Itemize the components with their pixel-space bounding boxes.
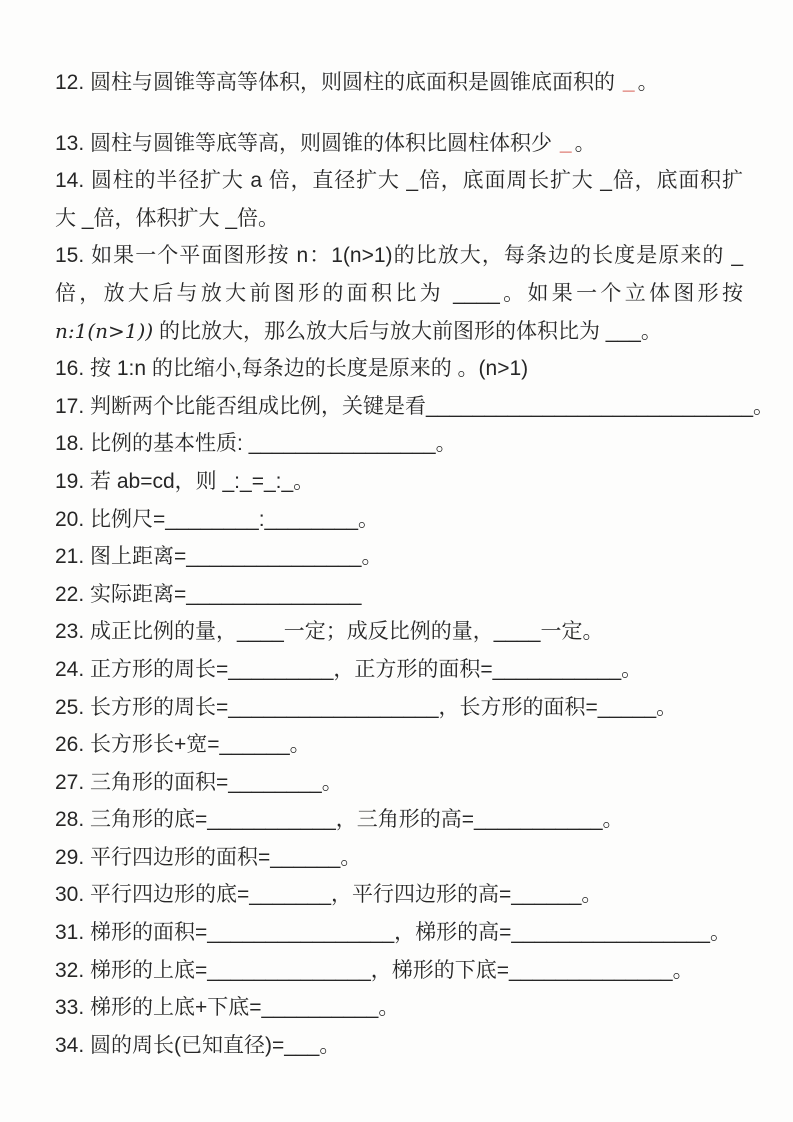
question-15-line-2: 倍，放大后与放大前图形的面积比为 ____。如果一个立体图形按: [55, 275, 743, 313]
question-32-text: 32. 梯形的上底=______________，梯形的下底=_________…: [55, 959, 694, 982]
question-18-text: 18. 比例的基本性质: ________________。: [55, 432, 457, 455]
question-19: 19. 若 ab=cd，则 _:_=_:_。: [55, 463, 743, 501]
question-18: 18. 比例的基本性质: ________________。: [55, 425, 743, 463]
question-14-line-2: 大 _倍，体积扩大 _倍。: [55, 200, 743, 238]
question-22: 22. 实际距离=_______________: [55, 576, 743, 614]
question-15-line-3: n:1(n>1)) 的比放大，那么放大后与放大前图形的体积比为 ___。: [55, 313, 743, 351]
question-34-text: 34. 圆的周长(已知直径)=___。: [55, 1034, 340, 1057]
question-19-text: 19. 若 ab=cd，则 _:_=_:_。: [55, 470, 314, 493]
question-26-text: 26. 长方形长+宽=______。: [55, 733, 311, 756]
question-15-text-2: 倍，放大后与放大前图形的面积比为 ____。如果一个立体图形按: [55, 282, 743, 305]
question-29: 29. 平行四边形的面积=______。: [55, 839, 743, 877]
question-32: 32. 梯形的上底=______________，梯形的下底=_________…: [55, 952, 743, 990]
question-31: 31. 梯形的面积=________________，梯形的高=________…: [55, 914, 743, 952]
question-28-text: 28. 三角形的底=___________，三角形的高=___________。: [55, 808, 624, 831]
question-23: 23. 成正比例的量，____一定；成反比例的量，____一定。: [55, 613, 743, 651]
question-23-text: 23. 成正比例的量，____一定；成反比例的量，____一定。: [55, 620, 603, 643]
question-12-text: 12. 圆柱与圆锥等高等体积，则圆柱的底面积是圆锥底面积的: [55, 71, 621, 94]
question-30-text: 30. 平行四边形的底=_______，平行四边形的高=______。: [55, 883, 602, 906]
question-27: 27. 三角形的面积=________。: [55, 764, 743, 802]
question-27-text: 27. 三角形的面积=________。: [55, 771, 343, 794]
question-29-text: 29. 平行四边形的面积=______。: [55, 846, 361, 869]
question-13-answer-blank: _: [558, 132, 575, 155]
question-25: 25. 长方形的周长=__________________，长方形的面积=___…: [55, 689, 743, 727]
worksheet-page: 12. 圆柱与圆锥等高等体积，则圆柱的底面积是圆锥底面积的 _。 13. 圆柱与…: [0, 0, 793, 1122]
question-34: 34. 圆的周长(已知直径)=___。: [55, 1027, 743, 1065]
question-20: 20. 比例尺=________:________。: [55, 501, 743, 539]
question-22-text: 22. 实际距离=_______________: [55, 583, 361, 606]
question-13-period: 。: [575, 132, 596, 155]
question-17-text: 17. 判断两个比能否组成比例，关键是看____________________…: [55, 395, 774, 418]
question-24: 24. 正方形的周长=_________，正方形的面积=___________。: [55, 651, 743, 689]
question-33: 33. 梯形的上底+下底=__________。: [55, 989, 743, 1027]
question-12: 12. 圆柱与圆锥等高等体积，则圆柱的底面积是圆锥底面积的 _。: [55, 64, 743, 102]
question-17: 17. 判断两个比能否组成比例，关键是看____________________…: [55, 388, 743, 426]
question-15-math-notation: n:1(n>1)): [55, 319, 153, 343]
question-25-text: 25. 长方形的周长=__________________，长方形的面积=___…: [55, 696, 677, 719]
question-21: 21. 图上距离=_______________。: [55, 538, 743, 576]
question-21-text: 21. 图上距离=_______________。: [55, 545, 382, 568]
question-14-text-1: 14. 圆柱的半径扩大 a 倍，直径扩大 _倍，底面周长扩大 _倍，底面积扩: [55, 169, 743, 192]
question-16-text: 16. 按 1:n 的比缩小,每条边的长度是原来的 。(n>1): [55, 357, 528, 380]
question-24-text: 24. 正方形的周长=_________，正方形的面积=___________。: [55, 658, 642, 681]
question-14-text-2: 大 _倍，体积扩大 _倍。: [55, 207, 279, 230]
question-16: 16. 按 1:n 的比缩小,每条边的长度是原来的 。(n>1): [55, 350, 743, 388]
question-26: 26. 长方形长+宽=______。: [55, 726, 743, 764]
question-28: 28. 三角形的底=___________，三角形的高=___________。: [55, 801, 743, 839]
question-33-text: 33. 梯形的上底+下底=__________。: [55, 996, 399, 1019]
question-13-text: 13. 圆柱与圆锥等底等高，则圆锥的体积比圆柱体积少: [55, 132, 558, 155]
question-12-answer-blank: _: [621, 71, 638, 94]
question-15-text-1: 15. 如果一个平面图形按 n：1(n>1)的比放大，每条边的长度是原来的 _: [55, 244, 743, 267]
question-15-line-1: 15. 如果一个平面图形按 n：1(n>1)的比放大，每条边的长度是原来的 _: [55, 237, 743, 275]
question-15-text-3: 的比放大，那么放大后与放大前图形的体积比为 ___。: [153, 320, 662, 343]
question-30: 30. 平行四边形的底=_______，平行四边形的高=______。: [55, 876, 743, 914]
question-14-line-1: 14. 圆柱的半径扩大 a 倍，直径扩大 _倍，底面周长扩大 _倍，底面积扩: [55, 162, 743, 200]
question-31-text: 31. 梯形的面积=________________，梯形的高=________…: [55, 921, 731, 944]
question-20-text: 20. 比例尺=________:________。: [55, 508, 379, 531]
question-13: 13. 圆柱与圆锥等底等高，则圆锥的体积比圆柱体积少 _。: [55, 125, 743, 163]
question-12-period: 。: [638, 71, 659, 94]
